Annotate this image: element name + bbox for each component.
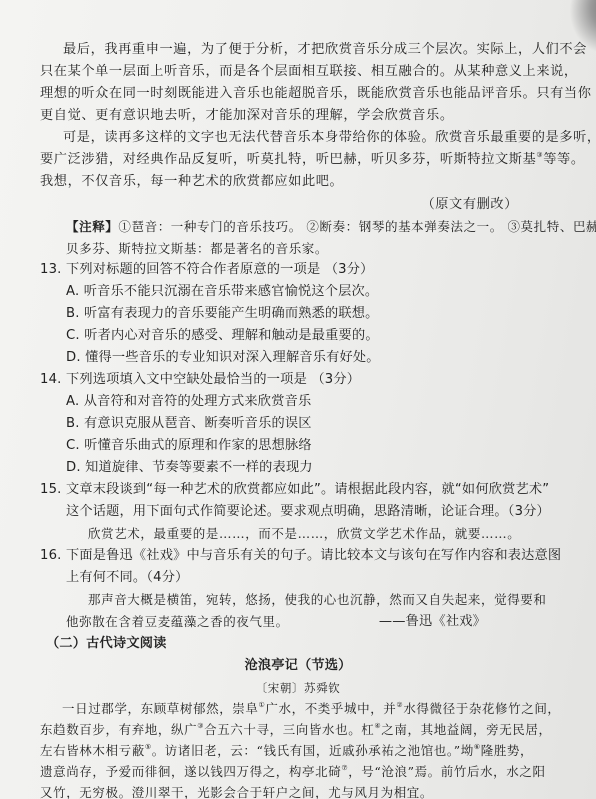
passage-line: 理想的听众在同一时刻既能进入音乐也能超脱音乐，既能欣赏音乐也能品评音乐。只有当你 xyxy=(40,86,592,102)
question-13: 13. 下列对标题的回答不符合作者原意的一项是 （3分） xyxy=(40,262,374,278)
classical-line: 东趋数百步，有弃地，纵广③合五六十寻，三向皆水也。杠④之南，其地益阔，旁无民居， xyxy=(40,722,552,738)
classical-text: 。访诸旧老，云：“钱氏有国，近戚孙承祐之池馆也。”坳 xyxy=(152,743,474,758)
quote-line: 他弥散在含着豆麦蕴藻之香的夜气里。 xyxy=(66,614,289,630)
passage-text: 等等。 xyxy=(543,152,584,167)
question-15: 15. 文章末段谈到“每一种艺术的欣赏都应如此”。请根据此段内容，就“如何欣赏艺… xyxy=(40,482,549,498)
classical-line: 左右皆林木相亏蔽⑤。访诸旧老，云：“钱氏有国，近戚孙承祐之池馆也。”坳⑥隆胜势， xyxy=(40,743,533,759)
classical-text: 隆胜势， xyxy=(481,743,533,758)
quote-line: 那声音大概是横笛，宛转，悠扬，使我的心也沉静，然而又自失起来，觉得要和 xyxy=(88,592,547,608)
option-d: D. 懂得一些音乐的专业知识对深入理解音乐有好处。 xyxy=(66,350,380,366)
passage-line: 要广泛涉猎，对经典作品反复听，听莫扎特，听巴赫，听贝多芬，听斯特拉文斯基③等等。 xyxy=(40,152,585,168)
classical-text: 之南，其地益阔，旁无民居， xyxy=(381,722,551,737)
question-stem-cont: 这个话题，用下面句式作简要论述。要求观点明确，思路清晰，论证合理。（3分） xyxy=(66,504,550,520)
classical-text: 广水，不类乎城中，并 xyxy=(265,701,396,716)
classical-text: 合五六十寻，三向皆水也。杠 xyxy=(204,722,374,737)
question-stem: 文章末段谈到“每一种艺术的欣赏都应如此”。请根据此段内容，就“如何欣赏艺术” xyxy=(66,482,549,497)
question-stem: 下列选项填入文中空缺处最恰当的一项是 （3分） xyxy=(66,372,360,387)
classical-text: 东趋数百步，有弃地，纵广 xyxy=(40,722,197,737)
question-stem: 下列对标题的回答不符合作者原意的一项是 （3分） xyxy=(66,262,374,277)
question-14: 14. 下列选项填入文中空缺处最恰当的一项是 （3分） xyxy=(40,372,360,388)
annotation-text: ①琶音：一种专门的音乐技巧。 ②断奏：钢琴的基本弹奏法之一。 ③莫扎特、巴赫、 xyxy=(118,219,596,234)
question-number: 14. xyxy=(40,372,62,387)
classical-text: 遗意尚存，予爱而徘徊，遂以钱四万得之，构亭北碕 xyxy=(40,764,341,779)
passage-line: 可是，读再多这样的文字也无法代替音乐本身带给你的体验。欣赏音乐最重要的是多听， xyxy=(63,130,596,146)
answer-template: 欣赏艺术，最重要的是……，而不是……，欣赏文学艺术作品，就要……。 xyxy=(88,526,520,542)
annotation-line: 【注释】①琶音：一种专门的音乐技巧。 ②断奏：钢琴的基本弹奏法之一。 ③莫扎特、… xyxy=(66,219,596,235)
question-number: 16. xyxy=(40,548,62,563)
question-16: 16. 下面是鲁迅《社戏》中与音乐有关的句子。请比较本文与该句在写作内容和表达意… xyxy=(40,548,561,564)
question-stem-cont: 上有何不同。（4分） xyxy=(66,570,188,586)
classical-line: 又竹，无穷极。澄川翠干，光影会合于轩户之间，尤与风月为相宜。 xyxy=(40,785,433,799)
option-c: C. 听懂音乐曲式的原理和作家的思想脉络 xyxy=(66,438,312,454)
question-stem: 下面是鲁迅《社戏》中与音乐有关的句子。请比较本文与该句在写作内容和表达意图 xyxy=(66,548,561,563)
passage-text: 要广泛涉猎，对经典作品反复听，听莫扎特，听巴赫，听贝多芬，听斯特拉文斯基 xyxy=(40,152,536,167)
classical-line: 遗意尚存，予爱而徘徊，遂以钱四万得之，构亭北碕⑦，号“沧浪”焉。前竹后水，水之阳 xyxy=(40,764,546,780)
question-number: 15. xyxy=(40,482,62,497)
section-heading: （二）古代诗文阅读 xyxy=(46,636,167,652)
option-b: B. 听富有表现力的音乐要能产生明确而熟悉的联想。 xyxy=(66,306,379,322)
option-a: A. 从音符和对音符的处理方式来欣赏音乐 xyxy=(66,394,311,410)
question-number: 13. xyxy=(40,262,62,277)
passage-line: 最后，我再重申一遍，为了便于分析，才把欣赏音乐分成三个层次。实际上，人们不会 xyxy=(63,42,587,58)
annotation-line: 贝多芬、斯特拉文斯基：都是著名的音乐家。 xyxy=(66,241,328,257)
classical-text: ，号“沧浪”焉。前竹后水，水之阳 xyxy=(348,764,545,779)
option-d: D. 知道旋律、节奏等要素不一样的表现力 xyxy=(66,460,313,476)
exam-page: 最后，我再重申一遍，为了便于分析，才把欣赏音乐分成三个层次。实际上，人们不会 只… xyxy=(0,0,596,799)
essay-author: 〔宋朝〕苏舜钦 xyxy=(0,680,596,696)
option-c: C. 听者内心对音乐的感受、理解和触动是最重要的。 xyxy=(66,328,379,344)
classical-text: 一日过郡学，东顾草树郁然，崇阜 xyxy=(62,701,259,716)
source-note: （原文有删改） xyxy=(421,197,518,213)
classical-text: 水得微径于杂花修竹之间， xyxy=(403,701,560,716)
footnote-marker: ⑤ xyxy=(145,743,152,751)
classical-text: 左右皆林木相亏蔽 xyxy=(40,743,145,758)
option-a: A. 听音乐不能只沉溺在音乐带来感官愉悦这个层次。 xyxy=(66,284,378,300)
option-b: B. 有意识克服从琶音、断奏听音乐的误区 xyxy=(66,416,312,432)
passage-line: 更自觉、更有意识地去听，才能加深对音乐的理解，学会欣赏音乐。 xyxy=(40,108,454,124)
annotation-label: 【注释】 xyxy=(66,219,118,234)
passage-line: 只在某个单一层面上听音乐，而是各个层面相互联接、相互融合的。从某种意义上来说， xyxy=(40,64,578,80)
classical-line: 一日过郡学，东顾草树郁然，崇阜①广水，不类乎城中，并②水得微径于杂花修竹之间， xyxy=(62,701,561,717)
passage-line: 我想，不仅音乐，每一种艺术的欣赏都应如此吧。 xyxy=(40,174,343,190)
quote-source: ——鲁迅《社戏》 xyxy=(379,614,486,630)
essay-title: 沧浪亭记（节选） xyxy=(0,658,596,674)
footnote-marker: ⑥ xyxy=(474,743,481,751)
